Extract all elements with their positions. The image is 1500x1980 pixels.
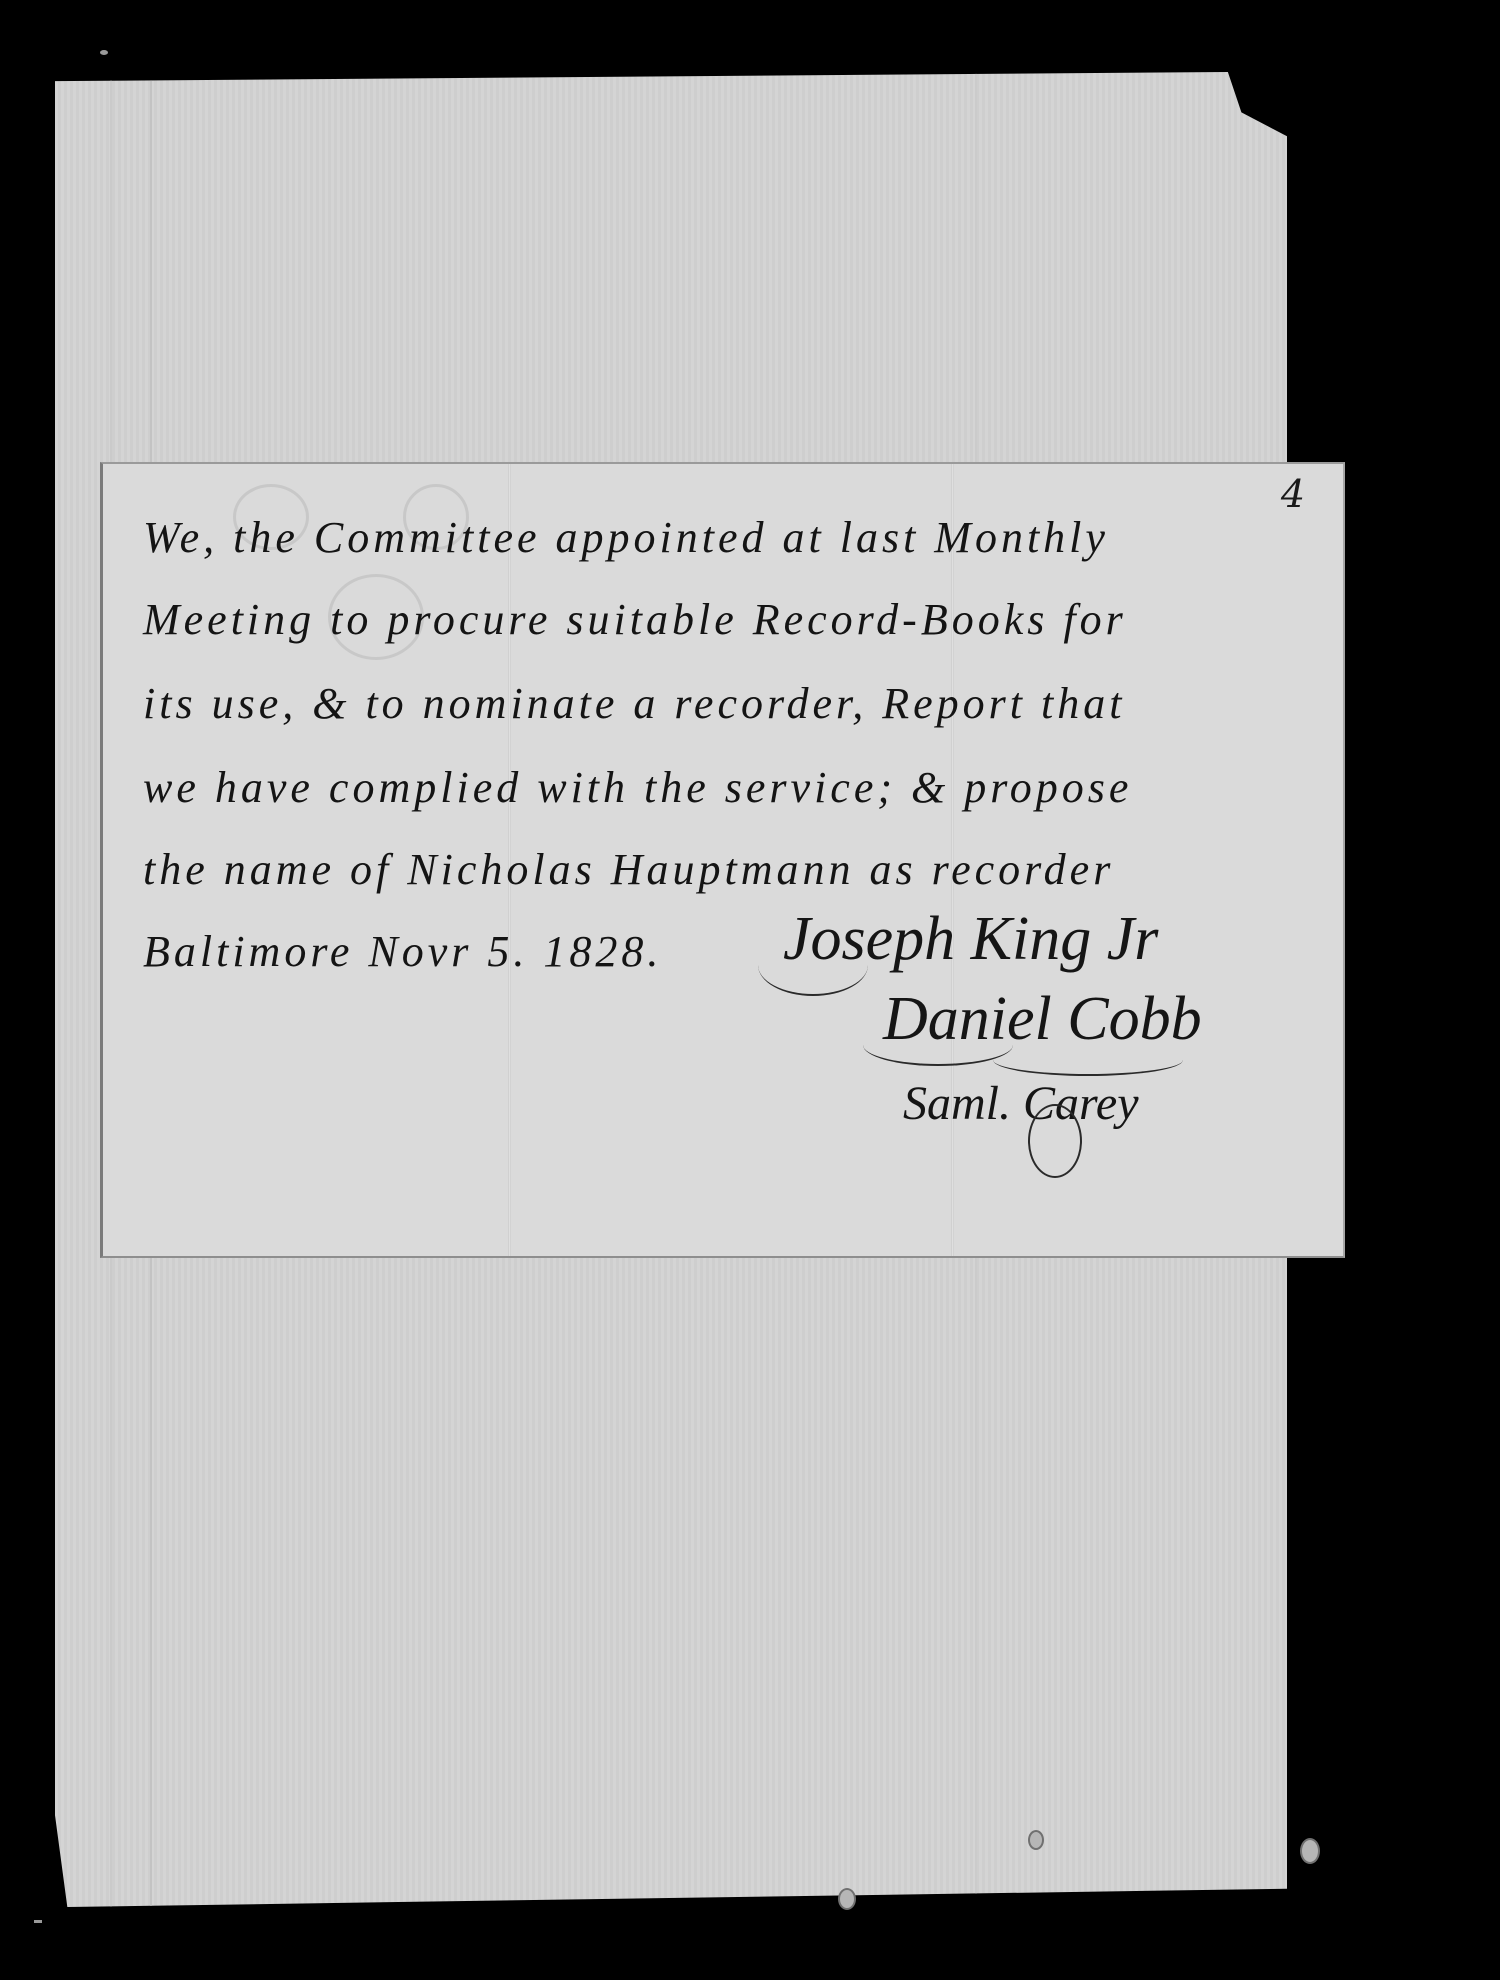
signature-flourish	[1028, 1104, 1082, 1178]
body-line-4: we have complied with the service; & pro…	[143, 762, 1323, 813]
scan-speck	[34, 1920, 42, 1923]
paper-hole	[838, 1888, 856, 1910]
body-line-1: We, the Committee appointed at last Mont…	[143, 512, 1323, 563]
scan-speck	[100, 50, 108, 55]
body-line-5: the name of Nicholas Hauptmann as record…	[143, 844, 1323, 895]
body-line-2: Meeting to procure suitable Record-Books…	[143, 594, 1323, 645]
signature-flourish	[758, 934, 868, 996]
body-line-3: its use, & to nominate a recorder, Repor…	[143, 678, 1323, 729]
paper-hole	[1300, 1838, 1320, 1864]
paper-hole	[1028, 1830, 1044, 1850]
signature-flourish	[863, 1024, 1013, 1066]
signature-flourish	[993, 1044, 1183, 1076]
place-date-line: Baltimore Novr 5. 1828.	[143, 926, 662, 977]
signature-saml-carey: Saml. Carey	[903, 1076, 1139, 1131]
pasted-note: 4 We, the Committee appointed at last Mo…	[100, 462, 1345, 1258]
page-number: 4	[1281, 472, 1305, 516]
